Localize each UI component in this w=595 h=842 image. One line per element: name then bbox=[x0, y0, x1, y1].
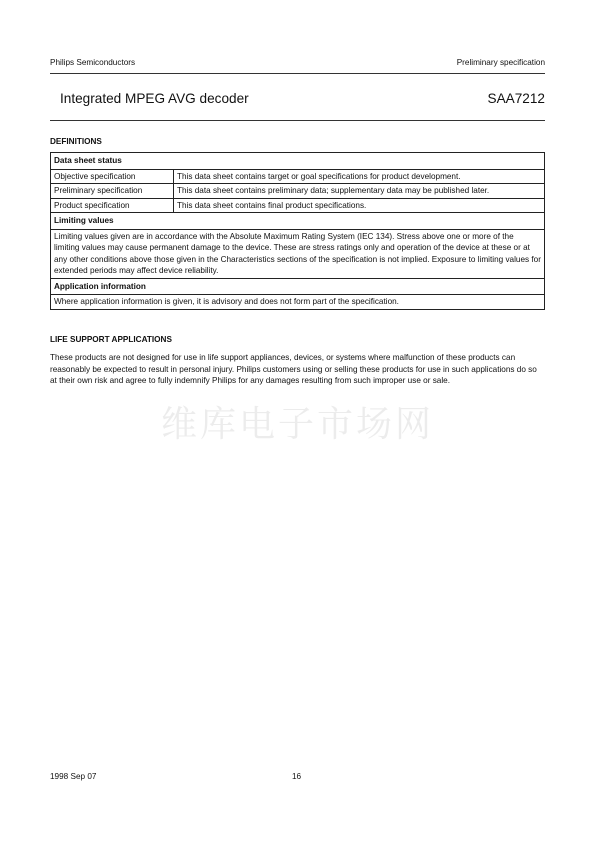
table-row: Objective specification This data sheet … bbox=[51, 169, 545, 184]
status-description: This data sheet contains target or goal … bbox=[174, 169, 545, 184]
status-term: Preliminary specification bbox=[51, 184, 174, 199]
limiting-values-text: Limiting values given are in accordance … bbox=[51, 229, 545, 278]
document-title: Integrated MPEG AVG decoder bbox=[60, 91, 249, 106]
document-status: Preliminary specification bbox=[457, 58, 545, 67]
table-row: Preliminary specification This data shee… bbox=[51, 184, 545, 199]
table-row: Where application information is given, … bbox=[51, 295, 545, 310]
status-description: This data sheet contains final product s… bbox=[174, 198, 545, 213]
table-row: Product specification This data sheet co… bbox=[51, 198, 545, 213]
data-sheet-status-heading: Data sheet status bbox=[51, 153, 545, 170]
table-row: Application information bbox=[51, 278, 545, 295]
life-support-heading: LIFE SUPPORT APPLICATIONS bbox=[50, 335, 172, 344]
company-name: Philips Semiconductors bbox=[50, 58, 135, 67]
header-rule-top bbox=[50, 73, 545, 74]
life-support-text: These products are not designed for use … bbox=[50, 352, 545, 387]
status-term: Objective specification bbox=[51, 169, 174, 184]
status-term: Product specification bbox=[51, 198, 174, 213]
footer-date: 1998 Sep 07 bbox=[50, 772, 96, 781]
application-information-heading: Application information bbox=[51, 278, 545, 295]
watermark: 维库电子市场网 bbox=[0, 396, 595, 447]
definitions-heading: DEFINITIONS bbox=[50, 137, 102, 146]
header-rule-bottom bbox=[50, 120, 545, 121]
limiting-values-heading: Limiting values bbox=[51, 213, 545, 230]
definitions-table: Data sheet status Objective specificatio… bbox=[50, 152, 545, 310]
table-row: Data sheet status bbox=[51, 153, 545, 170]
part-number: SAA7212 bbox=[488, 91, 545, 106]
page-number: 16 bbox=[292, 772, 301, 781]
status-description: This data sheet contains preliminary dat… bbox=[174, 184, 545, 199]
table-row: Limiting values bbox=[51, 213, 545, 230]
application-information-text: Where application information is given, … bbox=[51, 295, 545, 310]
table-row: Limiting values given are in accordance … bbox=[51, 229, 545, 278]
